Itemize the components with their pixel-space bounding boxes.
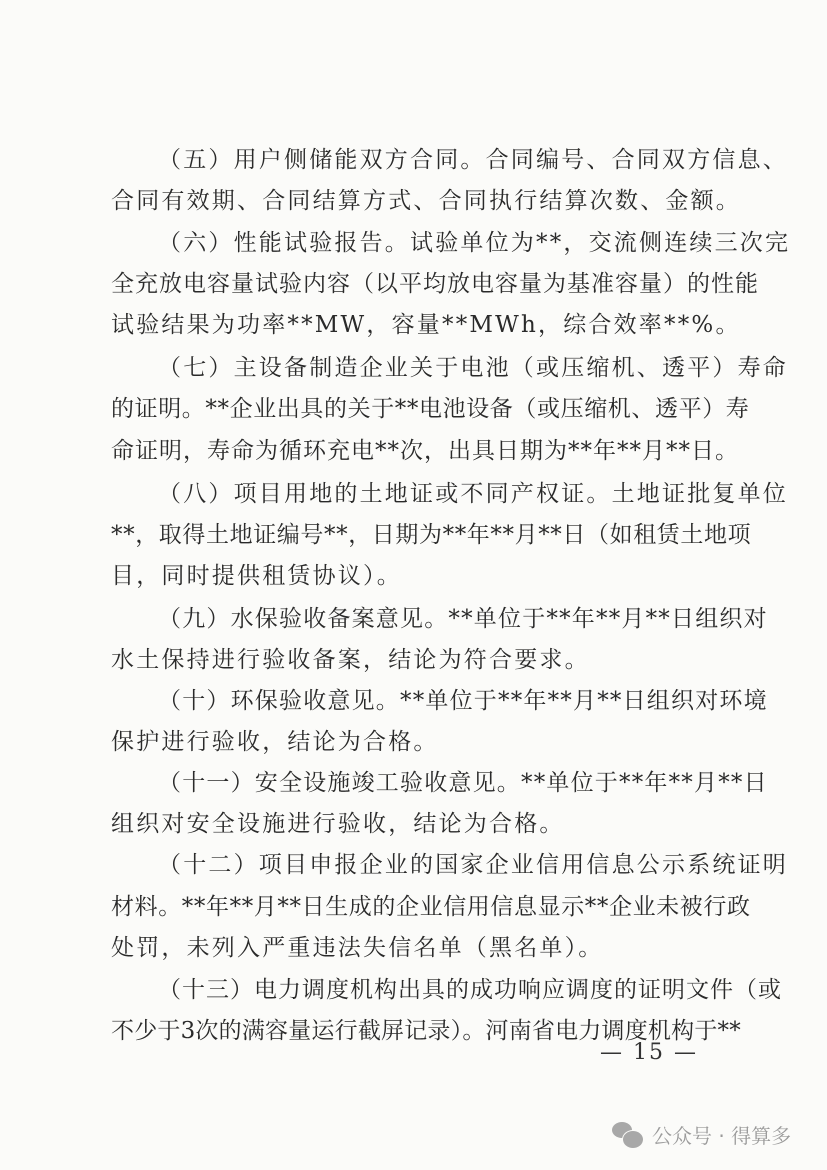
text-line: 命证明，寿命为循环充电**次，出具日期为**年**月**日。 [111, 436, 717, 466]
text-line: 的证明。**企业出具的关于**电池设备（或压缩机、透平）寿 [111, 394, 717, 424]
text-line: （五）用户侧储能双方合同。合同编号、合同双方信息、 [158, 145, 717, 175]
wechat-watermark: 公众号 · 得算多 [612, 1120, 791, 1149]
text-line: （十）环保验收意见。**单位于**年**月**日组织对环境 [158, 686, 717, 716]
page-number: — 15 — [600, 1040, 698, 1065]
text-line: （七）主设备制造企业关于电池（或压缩机、透平）寿命 [158, 353, 717, 383]
text-line: **，取得土地证编号**，日期为**年**月**日（如租赁土地项 [111, 520, 717, 550]
document-page: （五）用户侧储能双方合同。合同编号、合同双方信息、 合同有效期、合同结算方式、合… [0, 0, 827, 1170]
text-line: 组织对安全设施进行验收，结论为合格。 [111, 809, 717, 839]
text-line: 材料。**年**月**日生成的企业信用信息显示**企业未被行政 [111, 892, 717, 922]
wechat-icon [612, 1122, 644, 1148]
text-line: 目，同时提供租赁协议）。 [111, 561, 717, 591]
text-line: （十三）电力调度机构出具的成功响应调度的证明文件（或 [158, 975, 717, 1005]
text-line: 合同有效期、合同结算方式、合同执行结算次数、金额。 [111, 186, 717, 216]
text-line: 保护进行验收，结论为合格。 [111, 727, 717, 757]
text-line: 水土保持进行验收备案，结论为符合要求。 [111, 645, 717, 675]
text-line: （九）水保验收备案意见。**单位于**年**月**日组织对 [158, 604, 717, 634]
text-line: （十一）安全设施竣工验收意见。**单位于**年**月**日 [158, 768, 717, 798]
text-line: （十二）项目申报企业的国家企业信用信息公示系统证明 [158, 850, 717, 880]
text-line: 试验结果为功率**MW，容量**MWh，综合效率**%。 [111, 310, 717, 340]
text-line: 全充放电容量试验内容（以平均放电容量为基准容量）的性能 [111, 269, 717, 299]
text-line: 处罚，未列入严重违法失信名单（黑名单）。 [111, 933, 717, 963]
account-label: 公众号 · 得算多 [652, 1120, 791, 1149]
text-line: （六）性能试验报告。试验单位为**，交流侧连续三次完 [158, 228, 717, 258]
text-line: （八）项目用地的土地证或不同产权证。土地证批复单位 [158, 479, 717, 509]
